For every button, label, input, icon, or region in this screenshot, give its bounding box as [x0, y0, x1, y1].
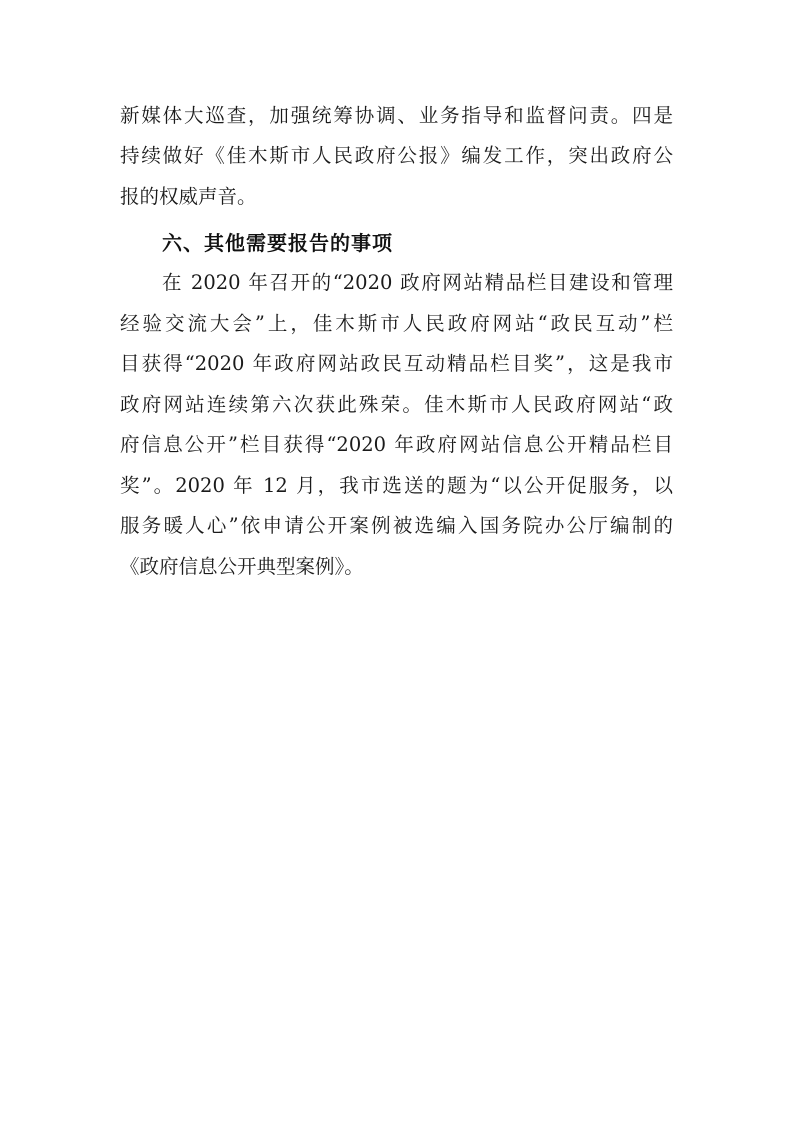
- paragraph-line: 目获得“2020 年政府网站政民互动精品栏目奖”，这是我市: [120, 350, 673, 378]
- paragraph-line: 奖”。2020 年 12 月，我市选送的题为“以公开促服务，以: [120, 472, 673, 500]
- paragraph-line: 在 2020 年召开的“2020 政府网站精品栏目建设和管理: [162, 269, 673, 297]
- paragraph-line: 《政府信息公开典型案例》。: [120, 553, 673, 581]
- paragraph-line: 政府网站连续第六次获此殊荣。佳木斯市人民政府网站“政: [120, 391, 673, 419]
- paragraph-line: 持续做好《佳木斯市人民政府公报》编发工作，突出政府公: [120, 142, 673, 170]
- paragraph-line: 服务暖人心”依申请公开案例被选编入国务院办公厅编制的: [120, 512, 673, 540]
- paragraph-line: 报的权威声音。: [120, 183, 673, 211]
- section-heading: 六、其他需要报告的事项: [162, 229, 393, 257]
- paragraph-line: 经验交流大会”上，佳木斯市人民政府网站“政民互动”栏: [120, 310, 673, 338]
- document-page: 新媒体大巡查，加强统筹协调、业务指导和监督问责。四是 持续做好《佳木斯市人民政府…: [0, 0, 793, 1122]
- paragraph-line: 新媒体大巡查，加强统筹协调、业务指导和监督问责。四是: [120, 102, 673, 130]
- paragraph-line: 府信息公开”栏目获得“2020 年政府网站信息公开精品栏目: [120, 431, 673, 459]
